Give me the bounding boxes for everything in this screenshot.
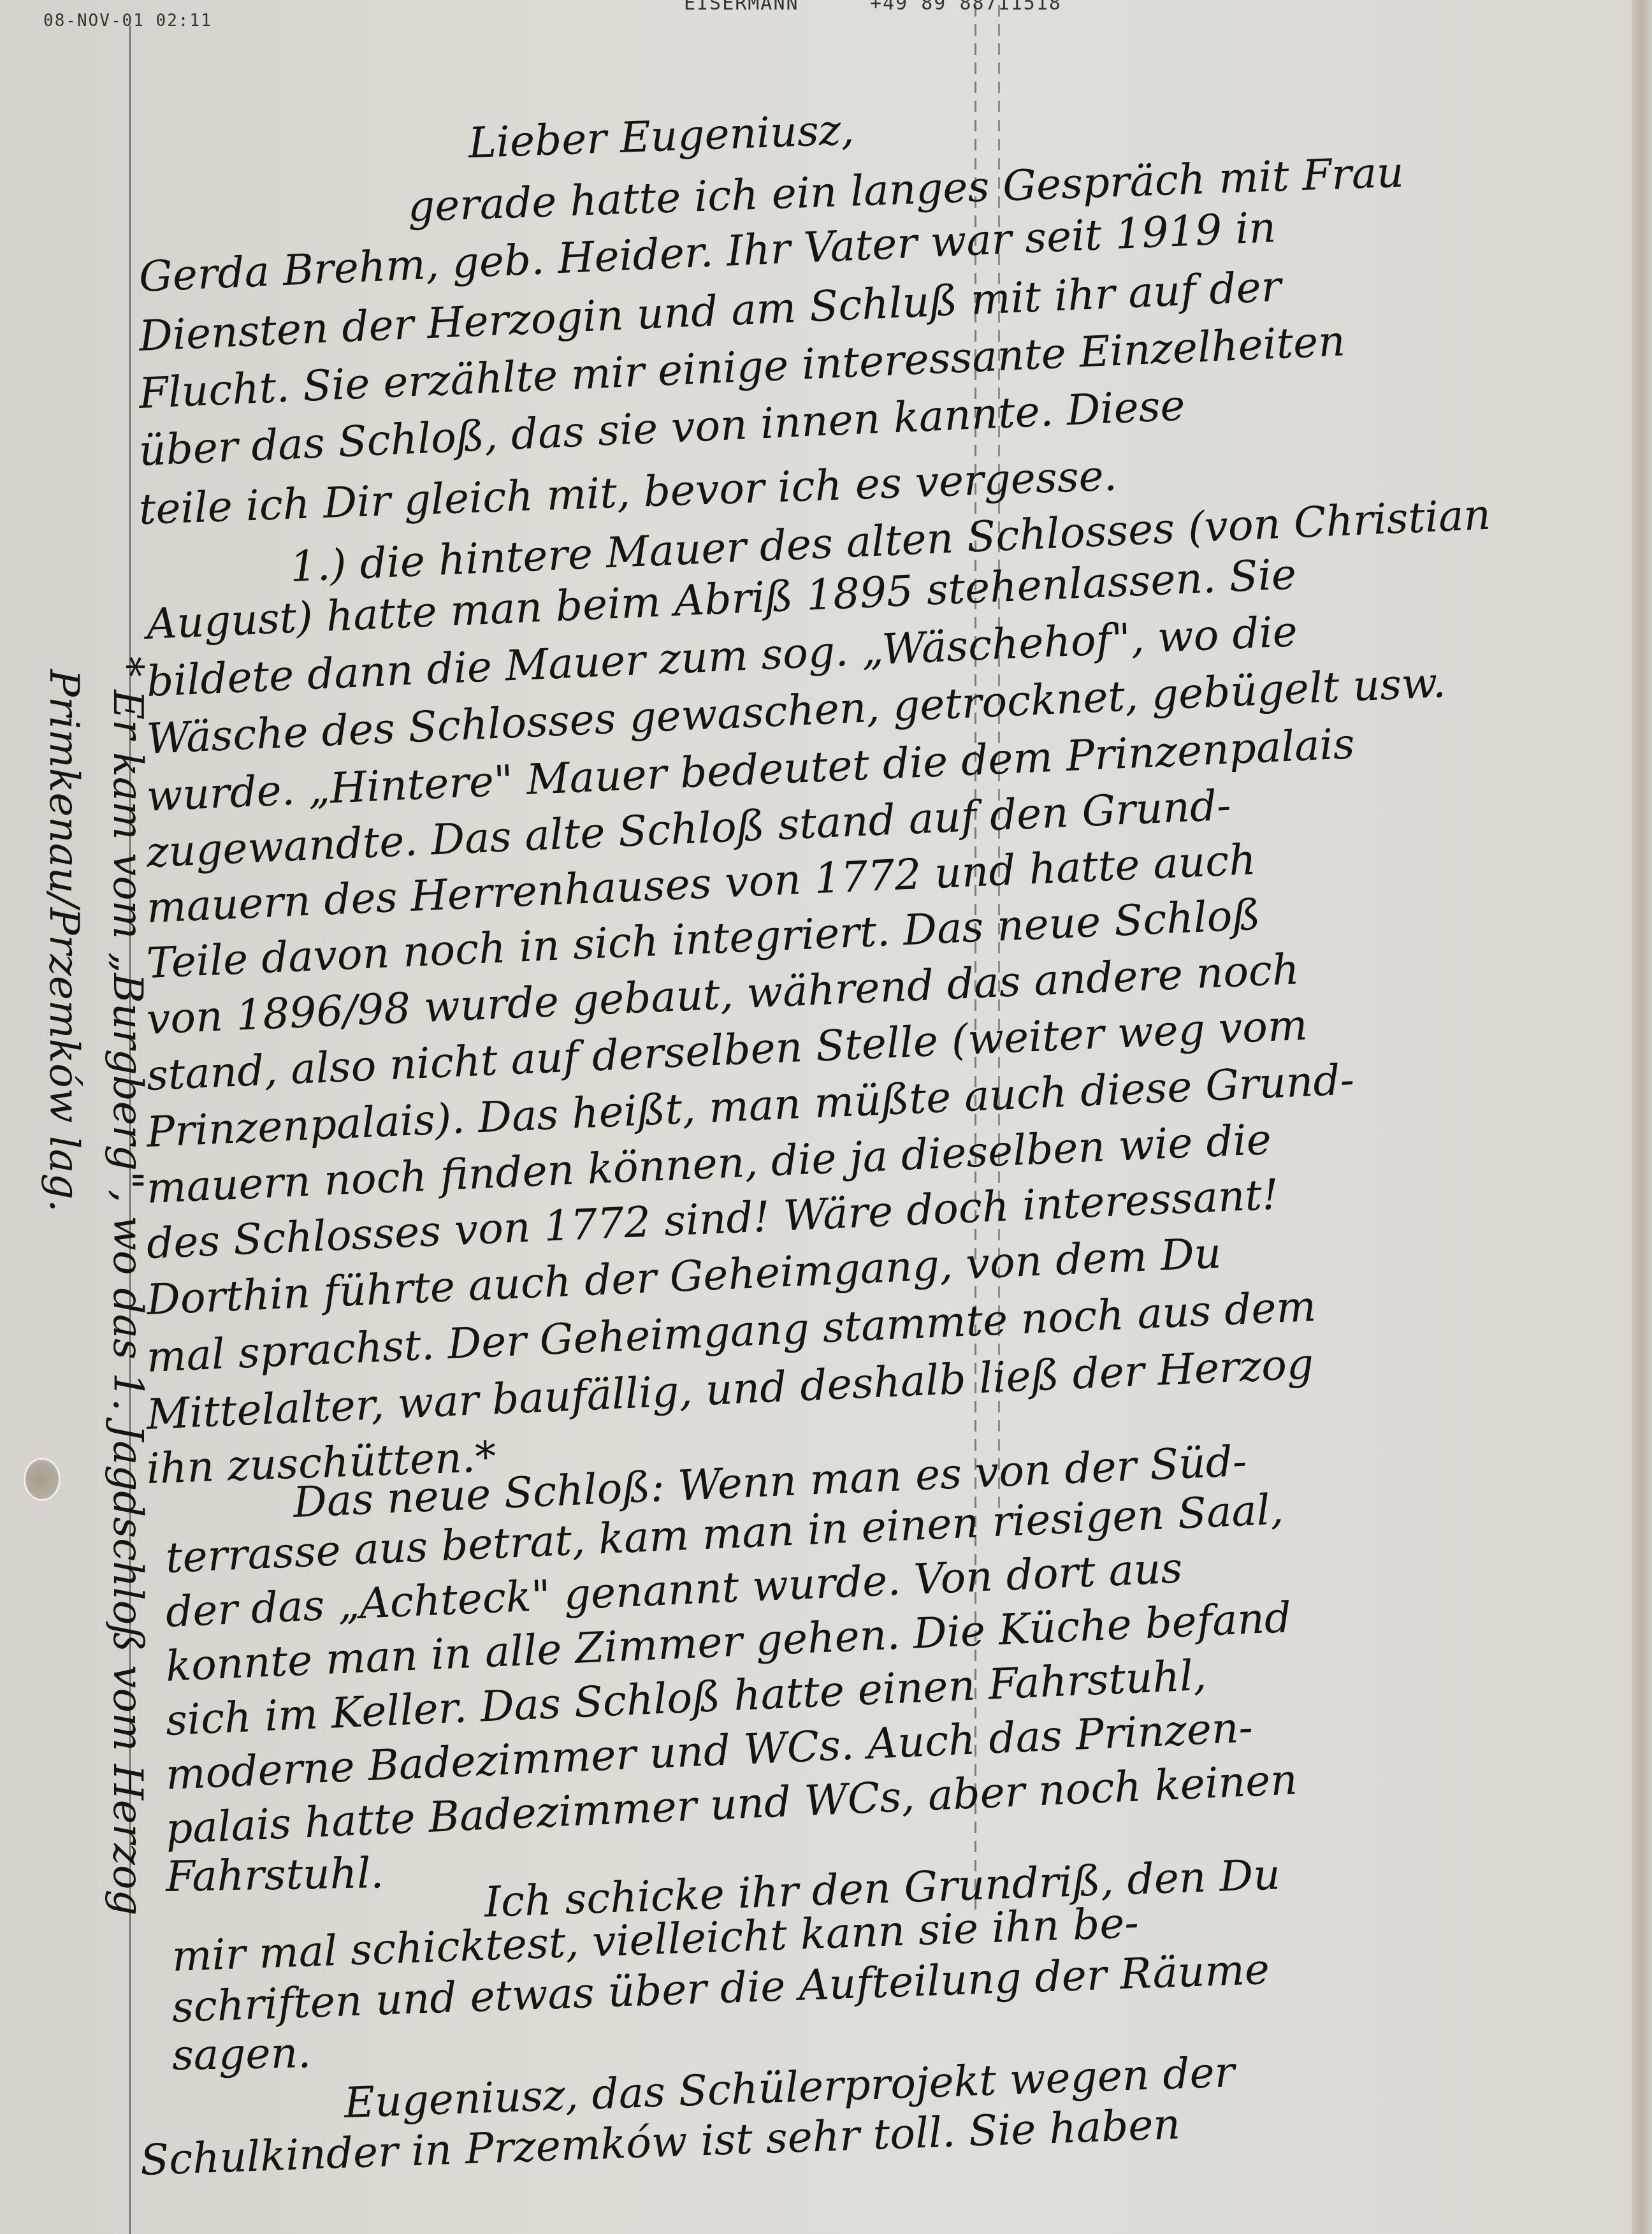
salutation: Lieber Eugeniusz, xyxy=(468,105,855,169)
page-edge xyxy=(1632,0,1652,2234)
margin-footnote-line-2: Primkenau/Przemków lag. xyxy=(38,669,89,1212)
letter-line: Fahrstuhl. xyxy=(165,1848,384,1903)
margin-footnote-line-1: * Er kam vom „Burgberg", wo das 1. Jagds… xyxy=(102,656,153,1916)
handwritten-letter: Lieber Eugeniusz, gerade hatte ich ein l… xyxy=(0,0,1632,2234)
letter-line: sagen. xyxy=(171,2027,311,2081)
